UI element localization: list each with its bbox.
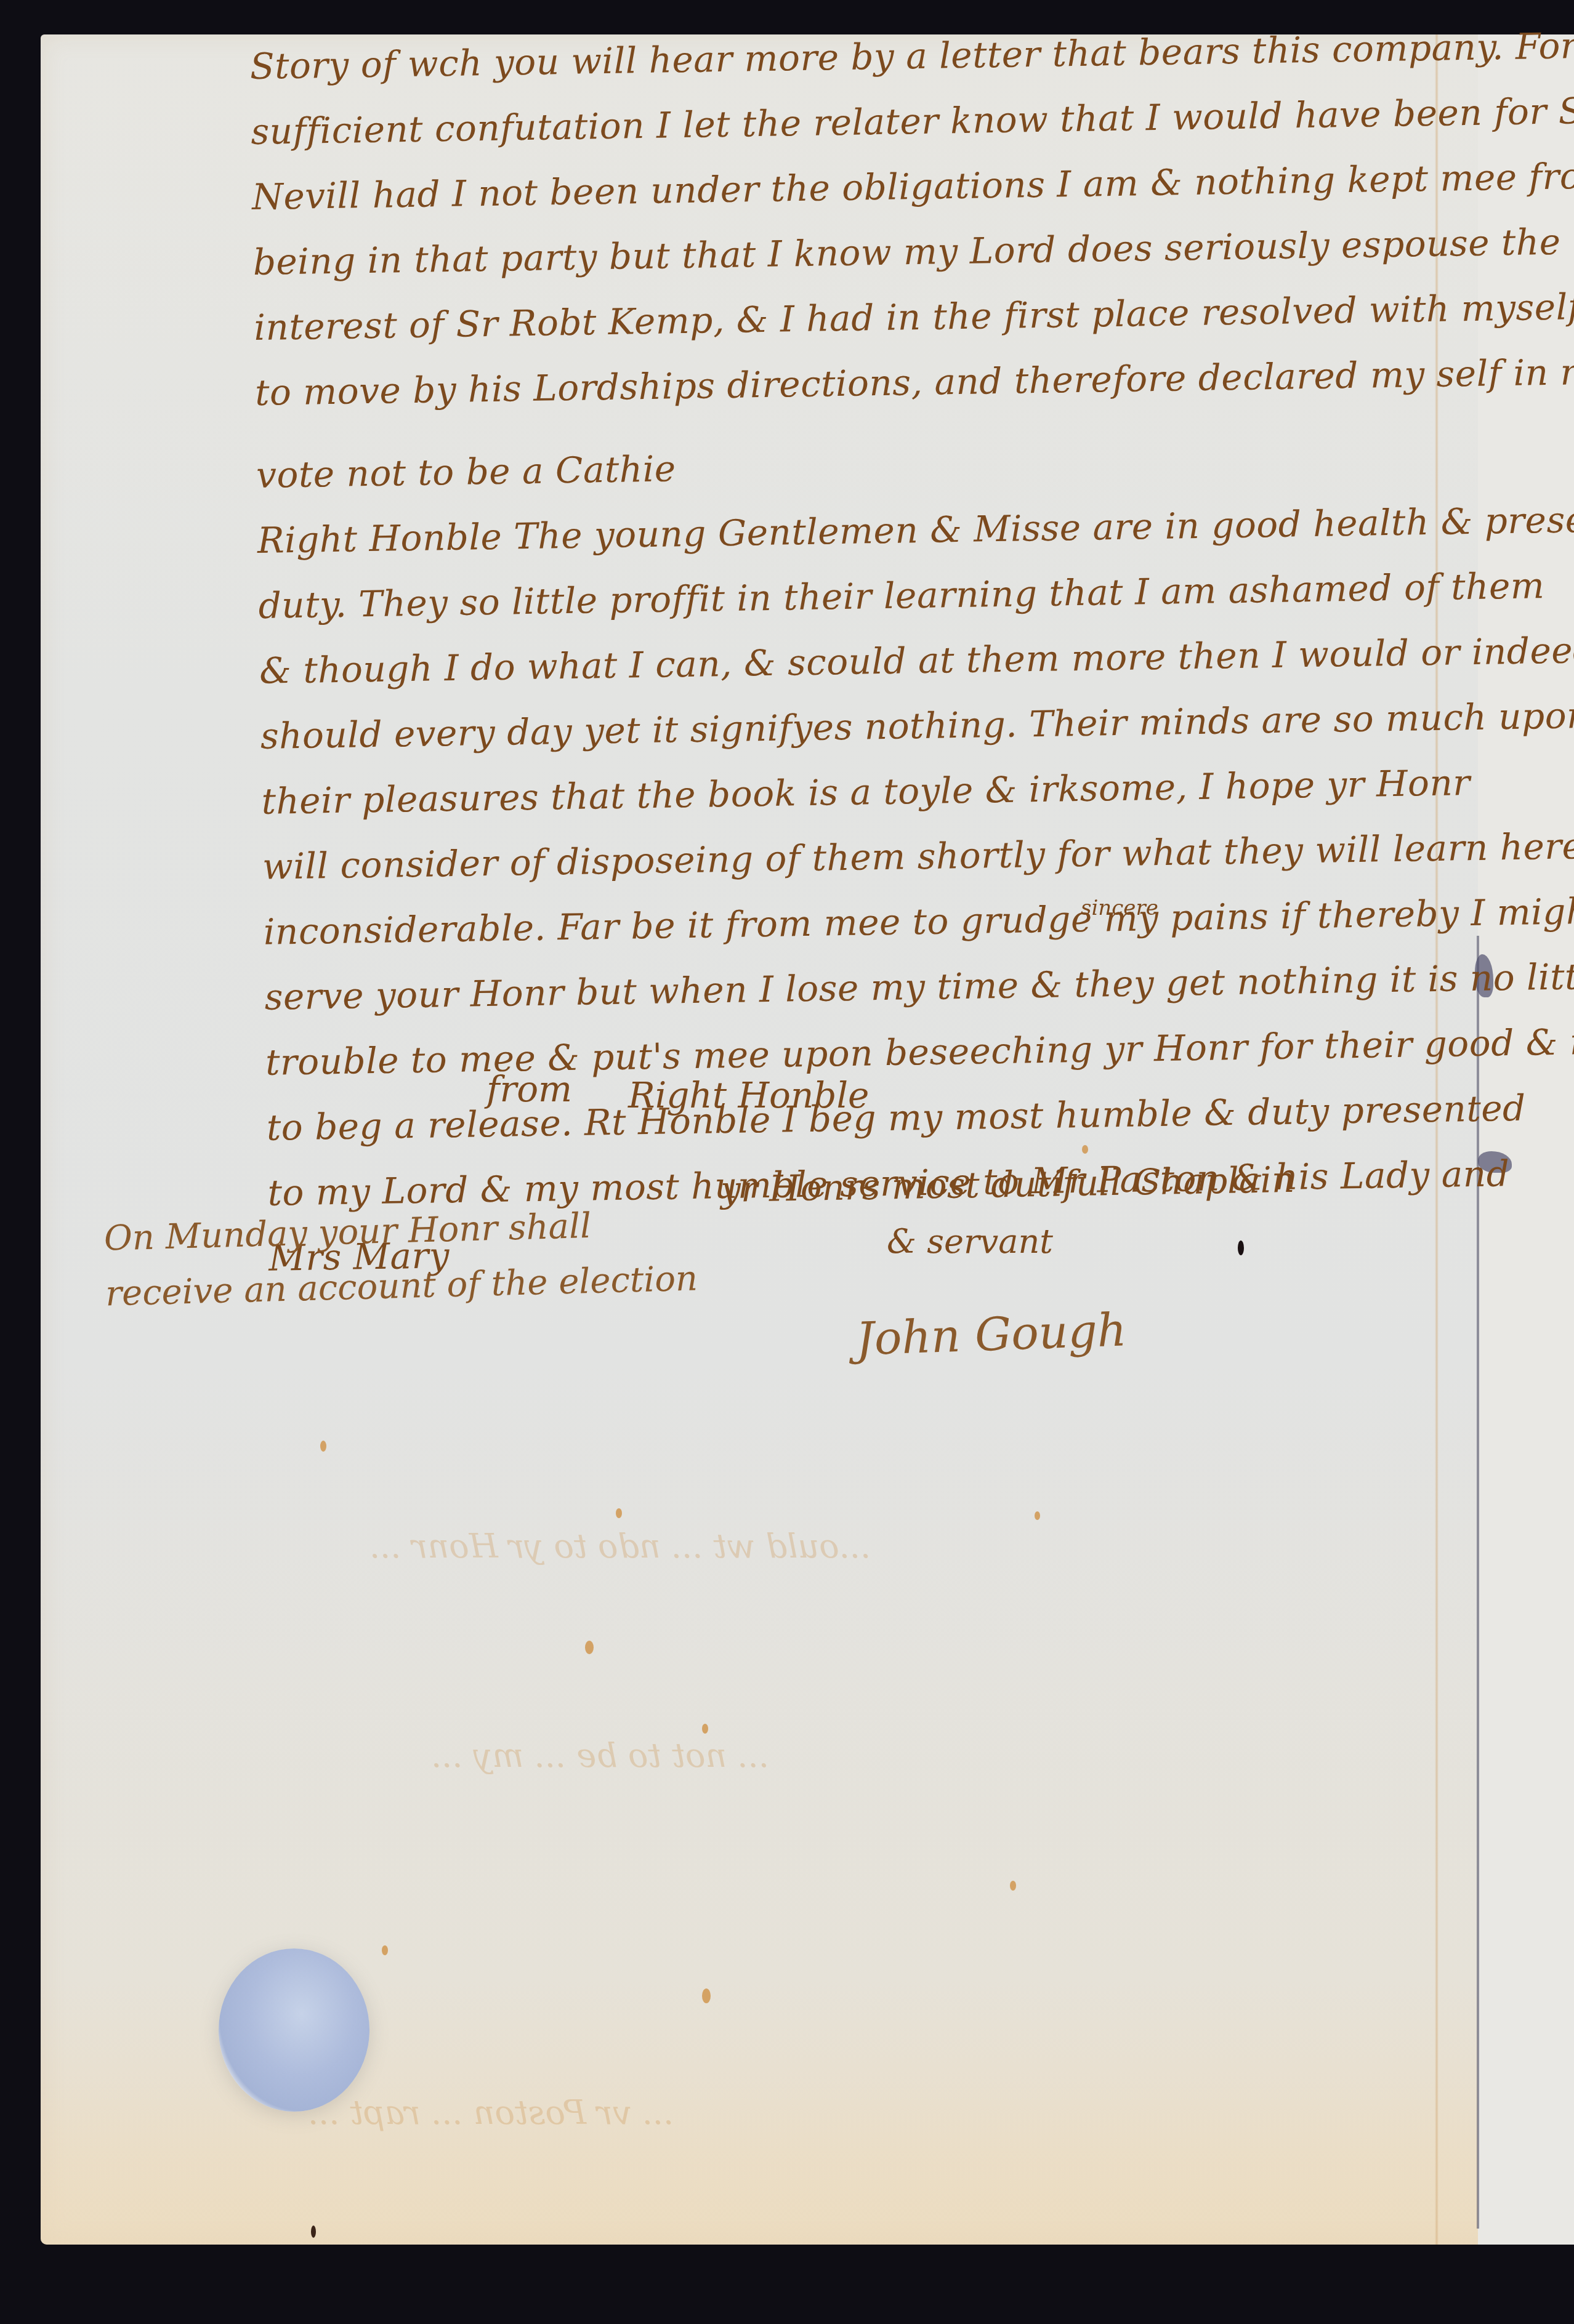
letter-body: Story of wch you will hear more by a let… [249, 14, 1513, 1290]
white-disc-weight [219, 1948, 369, 2112]
manuscript-scan: ...ould wt ... ndo to yr Honr ... ... no… [0, 0, 1574, 2324]
show-through-text: ... vr Poston ... rapt ... [308, 2093, 674, 2132]
interlineation: sincere [1081, 896, 1158, 920]
ink-spot [702, 1724, 708, 1734]
postscript: On Munday your Honr shall receive an acc… [103, 1196, 698, 1322]
closing-from: from [486, 1068, 572, 1110]
valediction-line2: & servant [887, 1222, 1053, 1261]
closing-salutation: Right Honble [628, 1074, 869, 1116]
ink-spot [320, 1441, 326, 1452]
ink-spot [382, 1945, 388, 1955]
ink-spot [616, 1508, 622, 1518]
ink-spot [702, 1988, 711, 2003]
signature: John Gough [855, 1303, 1128, 1365]
ink-spot [1035, 1511, 1040, 1520]
ink-spot [585, 1641, 594, 1654]
ink-spot [311, 2225, 316, 2238]
ink-spot [1010, 1881, 1016, 1891]
show-through-text: ... not to be ... my ... [431, 1736, 769, 1775]
show-through-text: ...ould wt ... ndo to yr Honr ... [369, 1527, 871, 1566]
